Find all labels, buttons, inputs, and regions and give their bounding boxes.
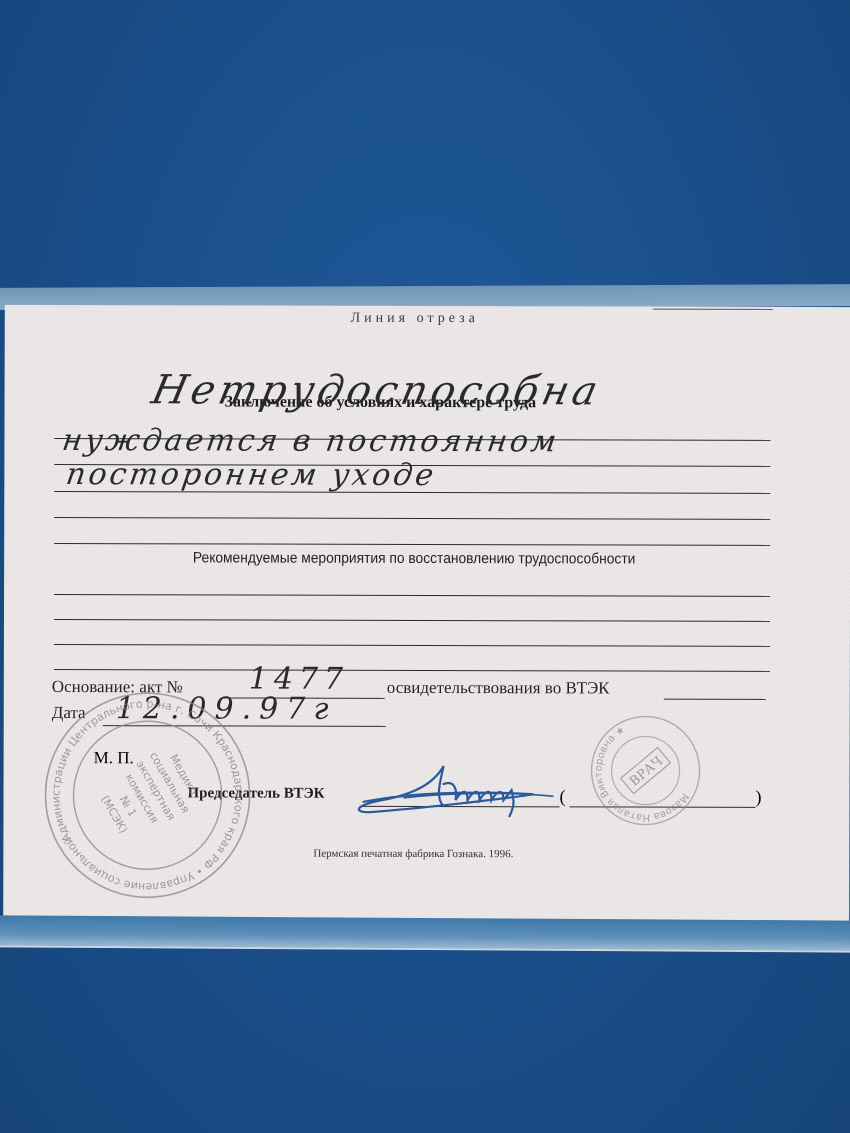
name-paren-close: ) [755, 787, 761, 808]
vtek-certificate-card: Линия отреза Заключение об условиях и ха… [3, 305, 850, 921]
form-rule [54, 669, 770, 672]
cut-line-label: Линия отреза [5, 310, 825, 328]
form-rule [54, 543, 770, 546]
cut-rule [653, 309, 773, 310]
plastic-sleeve-bottom [0, 915, 850, 952]
vtek-line [664, 699, 766, 700]
form-rule [54, 517, 770, 520]
handwritten-line-1: Нетрудоспособна [148, 367, 606, 414]
doctor-stamp: Мазова Наталья Викторовна ★ ВРАЧ [585, 710, 705, 830]
handwritten-line-3: постороннем уходе [64, 457, 439, 493]
handwritten-line-2: нуждается в постоянном [60, 423, 562, 459]
form-rule [54, 644, 770, 647]
form-rule [54, 491, 770, 494]
examination-label: освидетельствования во ВТЭК [387, 678, 610, 699]
recommendations-heading: Рекомендуемые мероприятия по восстановле… [37, 549, 791, 568]
form-rule [54, 594, 770, 597]
form-rule [54, 619, 770, 622]
printer-imprint: Пермская печатная фабрика Гознака. 1996. [3, 847, 823, 861]
chairman-signature [343, 754, 573, 825]
round-seal-stamp: Администрации Центрального р-на г. Сочи … [39, 687, 256, 904]
